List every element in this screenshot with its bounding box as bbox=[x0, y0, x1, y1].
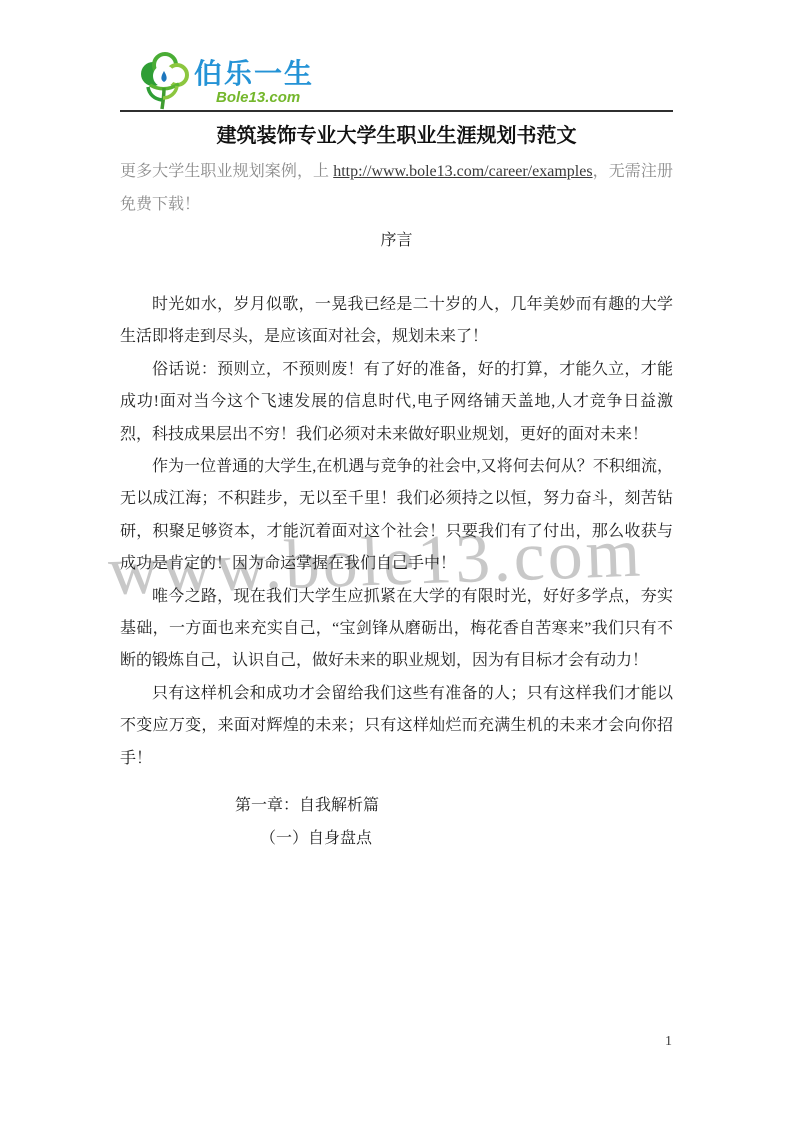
document-title: 建筑装饰专业大学生职业生涯规划书范文 bbox=[120, 122, 673, 150]
subsection-heading: （一）自身盘点 bbox=[120, 822, 673, 855]
body-paragraph: 俗话说：预则立，不预则废！有了好的准备，好的打算，才能久立，才能成功!面对当今这… bbox=[120, 354, 673, 451]
brand-domain: Bole13.com bbox=[194, 90, 314, 105]
promo-text-before: 更多大学生职业规划案例，上 bbox=[120, 163, 333, 180]
promo-line: 更多大学生职业规划案例，上 http://www.bole13.com/care… bbox=[120, 155, 673, 221]
document-page: www.bole13.com 伯乐一生 Bole13.com bbox=[0, 0, 793, 1122]
chapter-heading: 第一章：自我解析篇 bbox=[120, 789, 673, 822]
career-examples-link[interactable]: http://www.bole13.com/career/examples bbox=[333, 163, 592, 180]
brand-name: 伯乐一生 bbox=[194, 60, 314, 88]
brand-text-block: 伯乐一生 Bole13.com bbox=[194, 52, 314, 105]
body-text: 时光如水，岁月似歌，一晃我已经是二十岁的人，几年美妙而有趣的大学生活即将走到尽头… bbox=[120, 289, 673, 775]
tree-sprout-droplet-icon bbox=[138, 52, 190, 110]
body-paragraph: 唯今之路，现在我们大学生应抓紧在大学的有限时光，好好多学点，夯实基础，一方面也来… bbox=[120, 581, 673, 678]
body-paragraph: 时光如水，岁月似歌，一晃我已经是二十岁的人，几年美妙而有趣的大学生活即将走到尽头… bbox=[120, 289, 673, 354]
header-divider bbox=[120, 110, 673, 112]
brand-logo: 伯乐一生 Bole13.com bbox=[138, 52, 673, 110]
preface-heading: 序言 bbox=[120, 225, 673, 257]
page-content: 伯乐一生 Bole13.com 建筑装饰专业大学生职业生涯规划书范文 更多大学生… bbox=[120, 0, 673, 855]
page-number: 1 bbox=[665, 1034, 672, 1050]
body-paragraph: 作为一位普通的大学生,在机遇与竞争的社会中,又将何去何从？不积细流，无以成江海；… bbox=[120, 451, 673, 581]
body-paragraph: 只有这样机会和成功才会留给我们这些有准备的人；只有这样我们才能以不变应万变，来面… bbox=[120, 678, 673, 775]
